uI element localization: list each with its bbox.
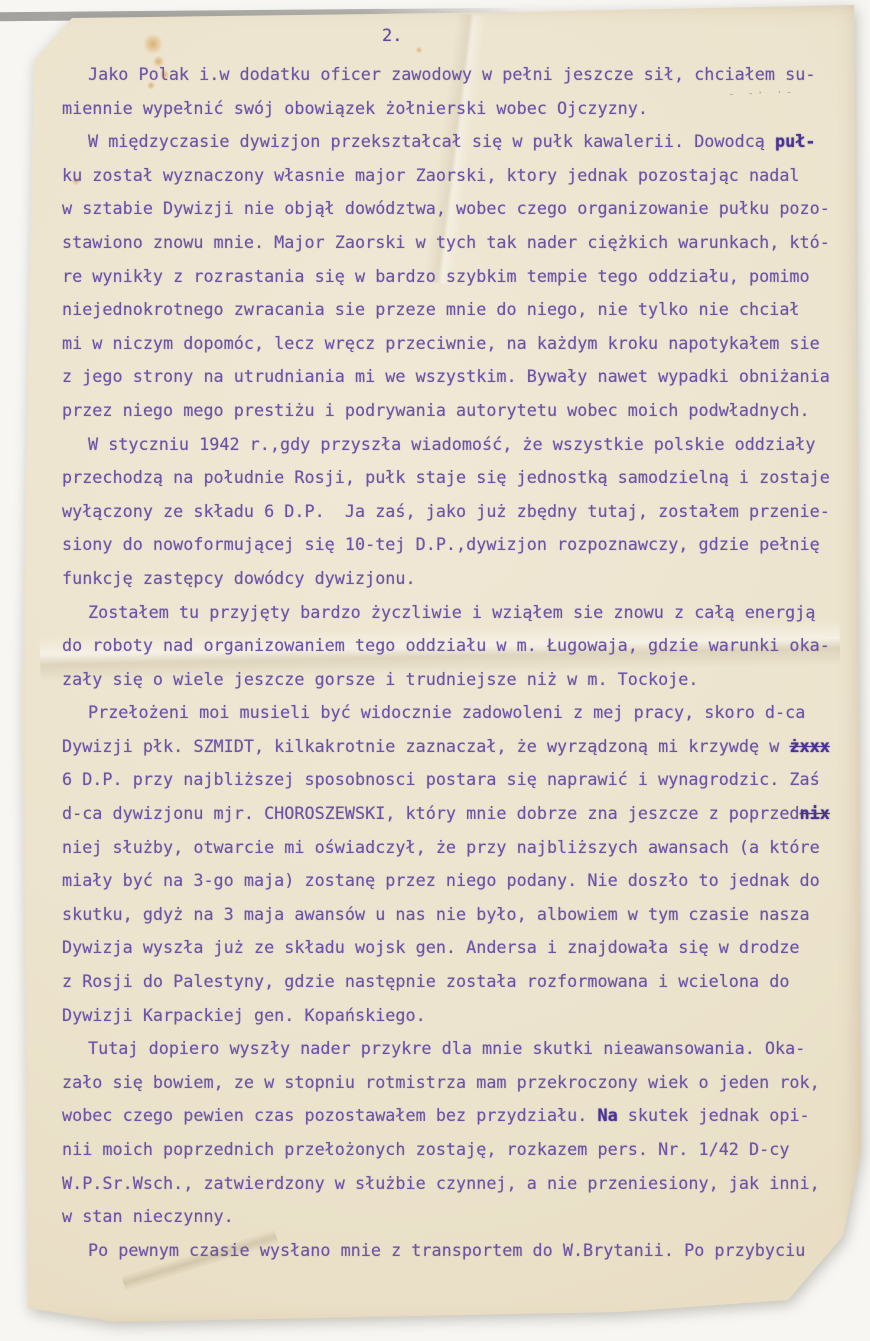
scanned-document-page: { "page": { "number": "2.", "pencil_mark… bbox=[0, 0, 870, 1341]
text-segment: funkcję zastępcy dowódcy dywizjonu. bbox=[62, 568, 416, 588]
text-segment: skutku, gdyż na 3 maja awansów u nas nie… bbox=[62, 904, 810, 924]
text-line: nii moich poprzednich przełożonych zosta… bbox=[62, 1133, 854, 1167]
text-line: W.P.Sr.Wsch., zatwierdzony w służbie czy… bbox=[62, 1167, 854, 1201]
text-segment: Po pewnym czasie wysłano mnie z transpor… bbox=[88, 1240, 805, 1260]
text-line: Tutaj dopiero wyszły nader przykre dla m… bbox=[62, 1032, 854, 1066]
text-segment: zało się bowiem, ze w stopniu rotmistrza… bbox=[62, 1072, 820, 1092]
text-segment: z Rosji do Palestyny, gdzie następnie zo… bbox=[62, 971, 789, 991]
text-segment: Dywizji Karpackiej gen. Kopańskiego. bbox=[62, 1005, 426, 1025]
overstruck-bold-text: puł- bbox=[775, 131, 815, 151]
overstruck-bold-text: Na bbox=[597, 1105, 617, 1125]
text-line: zały się o wiele jeszcze gorsze i trudni… bbox=[62, 663, 854, 697]
text-segment: do roboty nad organizowaniem tego oddzia… bbox=[62, 635, 830, 655]
text-segment: niej służby, otwarcie mi oświadczył, że … bbox=[62, 837, 820, 857]
text-line: re wynikły z rozrastania się w bardzo sz… bbox=[62, 260, 854, 294]
text-segment: d-ca dywizjonu mjr. CHOROSZEWSKI, który … bbox=[62, 803, 800, 823]
text-line: z jego strony na utrudniania mi we wszys… bbox=[62, 360, 854, 394]
text-segment: W międzyczasie dywizjon przekształcał si… bbox=[88, 131, 775, 151]
text-segment: Tutaj dopiero wyszły nader przykre dla m… bbox=[88, 1038, 805, 1058]
text-segment: nii moich poprzednich przełożonych zosta… bbox=[62, 1139, 789, 1159]
text-segment: miennie wypełnić swój obowiązek żołniers… bbox=[62, 98, 648, 118]
text-segment: wobec czego pewien czas pozostawałem bez… bbox=[62, 1105, 597, 1125]
text-line: skutku, gdyż na 3 maja awansów u nas nie… bbox=[62, 898, 854, 932]
text-line: wobec czego pewien czas pozostawałem bez… bbox=[62, 1099, 854, 1133]
text-segment: Dywizji płk. SZMIDT, kilkakrotnie zaznac… bbox=[62, 736, 789, 756]
text-line: Zostałem tu przyjęty bardzo życzliwie i … bbox=[62, 596, 854, 630]
text-line: w sztabie Dywizji nie objął dowództwa, w… bbox=[62, 192, 854, 226]
text-line: ku został wyznaczony własnie major Zaors… bbox=[62, 159, 854, 193]
text-segment: w sztabie Dywizji nie objął dowództwa, w… bbox=[62, 198, 830, 218]
text-segment: ku został wyznaczony własnie major Zaors… bbox=[62, 165, 800, 185]
rust-stain bbox=[416, 46, 422, 54]
text-segment: W styczniu 1942 r.,gdy przyszła wiadomoś… bbox=[88, 434, 815, 454]
text-line: mi w niczym dopomóc, lecz wręcz przeciwn… bbox=[62, 327, 854, 361]
text-segment: wyłączony ze składu 6 D.P. Ja zaś, jako … bbox=[62, 501, 830, 521]
text-line: zało się bowiem, ze w stopniu rotmistrza… bbox=[62, 1066, 854, 1100]
text-body: Jako Polak i.w dodatku oficer zawodowy w… bbox=[62, 58, 854, 1267]
text-line: niej służby, otwarcie mi oświadczył, że … bbox=[62, 831, 854, 865]
text-line: W międzyczasie dywizjon przekształcał si… bbox=[62, 125, 854, 159]
text-line: W styczniu 1942 r.,gdy przyszła wiadomoś… bbox=[62, 428, 854, 462]
text-segment: siony do nowoformującej się 10-tej D.P.,… bbox=[62, 534, 820, 554]
text-line: do roboty nad organizowaniem tego oddzia… bbox=[62, 629, 854, 663]
text-line: niejednokrotnego zwracania sie przeze mn… bbox=[62, 293, 854, 327]
text-segment: re wynikły z rozrastania się w bardzo sz… bbox=[62, 266, 810, 286]
text-segment: stawiono znowu mnie. Major Zaorski w tyc… bbox=[62, 232, 830, 252]
text-segment: Przełożeni moi musieli być widocznie zad… bbox=[88, 702, 805, 722]
text-segment: z jego strony na utrudniania mi we wszys… bbox=[62, 366, 830, 386]
text-segment: przez niego mego prestiżu i podrywania a… bbox=[62, 400, 810, 420]
text-line: w stan nieczynny. bbox=[62, 1200, 854, 1234]
text-line: Jako Polak i.w dodatku oficer zawodowy w… bbox=[62, 58, 854, 92]
page-number: 2. bbox=[382, 26, 402, 46]
text-segment: mi w niczym dopomóc, lecz wręcz przeciwn… bbox=[62, 333, 820, 353]
struck-out-text: nix bbox=[800, 803, 830, 823]
text-line: Dywizja wyszła już ze składu wojsk gen. … bbox=[62, 931, 854, 965]
text-line: miały być na 3-go maja) zostanę przez ni… bbox=[62, 864, 854, 898]
text-segment: w stan nieczynny. bbox=[62, 1206, 234, 1226]
struck-out-text: żxxx bbox=[789, 736, 829, 756]
text-line: z Rosji do Palestyny, gdzie następnie zo… bbox=[62, 965, 854, 999]
text-line: Przełożeni moi musieli być widocznie zad… bbox=[62, 696, 854, 730]
text-segment: 6 D.P. przy najbliższej sposobnosci post… bbox=[62, 769, 820, 789]
text-line: Dywizji Karpackiej gen. Kopańskiego. bbox=[62, 999, 854, 1033]
text-line: Po pewnym czasie wysłano mnie z transpor… bbox=[62, 1234, 854, 1268]
rust-stain bbox=[144, 32, 162, 56]
text-segment: miały być na 3-go maja) zostanę przez ni… bbox=[62, 870, 820, 890]
text-segment: Jako Polak i.w dodatku oficer zawodowy w… bbox=[88, 64, 815, 84]
text-line: przez niego mego prestiżu i podrywania a… bbox=[62, 394, 854, 428]
text-line: stawiono znowu mnie. Major Zaorski w tyc… bbox=[62, 226, 854, 260]
text-segment: skutek jednak opi- bbox=[618, 1105, 810, 1125]
text-segment: przechodzą na południe Rosji, pułk staje… bbox=[62, 467, 830, 487]
text-line: d-ca dywizjonu mjr. CHOROSZEWSKI, który … bbox=[62, 797, 854, 831]
text-line: Dywizji płk. SZMIDT, kilkakrotnie zaznac… bbox=[62, 730, 854, 764]
paper-sheet: 2. - -· ·- Jako Polak i.w dodatku oficer… bbox=[0, 0, 870, 1341]
text-line: przechodzą na południe Rosji, pułk staje… bbox=[62, 461, 854, 495]
text-segment: Dywizja wyszła już ze składu wojsk gen. … bbox=[62, 937, 800, 957]
text-line: wyłączony ze składu 6 D.P. Ja zaś, jako … bbox=[62, 495, 854, 529]
text-line: funkcję zastępcy dowódcy dywizjonu. bbox=[62, 562, 854, 596]
text-segment: niejednokrotnego zwracania sie przeze mn… bbox=[62, 299, 800, 319]
paper-sheet-wrapper: 2. - -· ·- Jako Polak i.w dodatku oficer… bbox=[0, 0, 870, 1341]
text-line: 6 D.P. przy najbliższej sposobnosci post… bbox=[62, 763, 854, 797]
text-line: siony do nowoformującej się 10-tej D.P.,… bbox=[62, 528, 854, 562]
text-segment: W.P.Sr.Wsch., zatwierdzony w służbie czy… bbox=[62, 1173, 820, 1193]
text-segment: zały się o wiele jeszcze gorsze i trudni… bbox=[62, 669, 699, 689]
text-line: miennie wypełnić swój obowiązek żołniers… bbox=[62, 92, 854, 126]
text-segment: Zostałem tu przyjęty bardzo życzliwie i … bbox=[88, 602, 815, 622]
